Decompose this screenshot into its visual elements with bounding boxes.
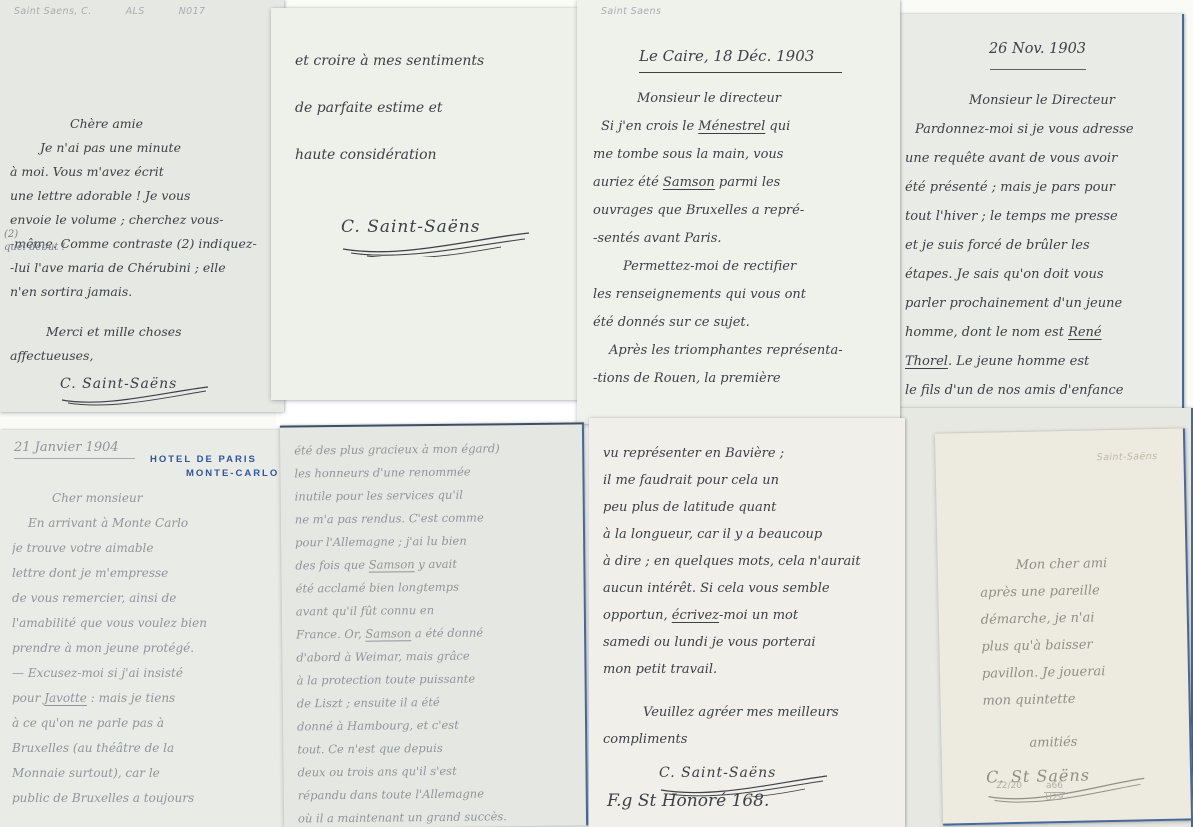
manuscript-line: auriez été Samson parmi les — [593, 169, 900, 197]
manuscript-line: été acclamé bien longtemps — [295, 574, 583, 600]
manuscript-line: mon quintette — [982, 683, 1189, 714]
signature-text: C. Saint-Saëns — [60, 376, 177, 392]
underlined-word: Thorel — [905, 354, 948, 369]
manuscript-line: Monsieur le Directeur — [905, 86, 1182, 115]
manuscript-line: à moi. Vous m'avez écrit — [10, 160, 284, 184]
manuscript-line: Thorel. Le jeune homme est — [905, 347, 1182, 376]
underlined-word: Ménestrel — [698, 119, 765, 134]
manuscript-line: et je suis forcé de brûler les — [905, 231, 1182, 260]
manuscript-line: donné à Hambourg, et c'est — [297, 712, 585, 738]
line-text: France. Or, — [296, 627, 365, 642]
underlined-word: Samson — [663, 175, 715, 190]
manuscript-line: Monnaie surtout), car le — [12, 761, 288, 786]
letterhead-line1: HOTEL DE PARIS — [150, 454, 279, 465]
manuscript-line: mon petit travail. — [603, 656, 905, 683]
manuscript-line: prendre à mon jeune protégé. — [12, 636, 288, 661]
manuscript-line: Monsieur le directeur — [593, 85, 900, 113]
manuscript-line: de vous remercier, ainsi de — [12, 586, 288, 611]
line-text: pour — [12, 691, 44, 705]
shelf-mark-left: 22/20 — [996, 781, 1022, 791]
letter-body: Cher monsieurEn arrivant à Monte Carloje… — [12, 486, 288, 811]
manuscript-line: été donnés sur ce sujet. — [593, 309, 900, 337]
manuscript-line: France. Or, Samson a été donné — [296, 620, 584, 646]
letter-sheet-2: et croire à mes sentimentsde parfaite es… — [271, 8, 589, 400]
manuscript-line: affectueuses, — [10, 344, 284, 368]
manuscript-line: le fils d'un de nos amis d'enfance — [905, 376, 1182, 405]
letter-body: vu représenter en Bavière ;il me faudrai… — [603, 440, 905, 753]
manuscript-line: à la protection toute puissante — [296, 666, 584, 692]
manuscript-line: — Excusez-moi si j'ai insisté — [12, 661, 288, 686]
letter-sheet-5: 21 Janvier 1904 HOTEL DE PARIS MONTE-CAR… — [0, 430, 288, 827]
letter-body: et croire à mes sentimentsde parfaite es… — [295, 38, 589, 179]
date-line: 21 Janvier 1904 — [14, 440, 135, 459]
manuscript-line: En arrivant à Monte Carlo — [12, 511, 288, 536]
manuscript-line: peu plus de latitude quant — [603, 494, 905, 521]
manuscript-line: une lettre adorable ! Je vous — [10, 184, 284, 208]
manuscript-line: été présenté ; mais je pars pour — [905, 173, 1182, 202]
manuscript-line: me tombe sous la main, vous — [593, 141, 900, 169]
catalog-note-name: Saint Saens, C. — [14, 6, 92, 17]
manuscript-line: vu représenter en Bavière ; — [603, 440, 905, 467]
catalog-note: Saint Saens, C. ALS N017 — [14, 6, 206, 17]
line-text: des fois que — [295, 558, 369, 573]
margin-footnote: (2) quel début ! — [4, 228, 66, 254]
manuscript-line: amitiés — [983, 726, 1190, 757]
manuscript-line: Chère amie — [10, 112, 284, 136]
manuscript-line: les renseignements qui vous ont — [593, 281, 900, 309]
manuscript-line: d'abord à Weimar, mais grâce — [296, 643, 584, 669]
manuscript-line: les honneurs d'une renommée — [294, 459, 582, 485]
date-underline — [990, 69, 1086, 70]
manuscript-line: des fois que Samson y avait — [295, 551, 583, 577]
manuscript-line: Mon cher ami — [979, 548, 1186, 579]
manuscript-line: il me faudrait pour cela un — [603, 467, 905, 494]
underlined-word: Samson — [369, 557, 415, 571]
pencil-note: Saint Saens — [601, 6, 661, 17]
underlined-word: Samson — [365, 626, 411, 640]
photograph-of-letters: Saint Saens, C. ALS N017 (2) quel début … — [0, 0, 1193, 827]
line-text: homme, dont le nom est — [905, 325, 1068, 340]
manuscript-line: à ce qu'on ne parle pas à — [12, 711, 288, 736]
manuscript-line: étapes. Je sais qu'on doit vous — [905, 260, 1182, 289]
letter-sheet-6: été des plus gracieux à mon égard)les ho… — [280, 422, 588, 827]
letter-sheet-3: Saint Saens Le Caire, 18 Déc. 1903 Monsi… — [577, 0, 900, 424]
letter-sheet-1: Saint Saens, C. ALS N017 (2) quel début … — [0, 0, 284, 412]
manuscript-line: Cher monsieur — [12, 486, 288, 511]
manuscript-line: compliments — [603, 726, 905, 753]
manuscript-line: où il a maintenant un grand succès. — [298, 804, 586, 827]
line-text: -moi un mot — [719, 608, 798, 623]
line-text: a été donné — [411, 625, 483, 640]
manuscript-line: répandu dans toute l'Allemagne — [298, 781, 586, 807]
margin-footnote-text: quel début ! — [4, 241, 66, 254]
manuscript-line: haute considération — [295, 132, 589, 179]
manuscript-line: à la longueur, car il y a beaucoup — [603, 521, 905, 548]
manuscript-line: de parfaite estime et — [295, 85, 589, 132]
manuscript-line: de Liszt ; ensuite il a été — [297, 689, 585, 715]
letter-body: Mon cher amiaprès une pareilledémarche, … — [979, 548, 1189, 757]
letter-body: été des plus gracieux à mon égard)les ho… — [294, 436, 586, 827]
shelf-mark-bottom: U29 — [1045, 793, 1063, 804]
manuscript-line: parler prochainement d'un jeune — [905, 289, 1182, 318]
signature: C. Saint-Saëns — [341, 217, 589, 257]
manuscript-line: pour Javotte : mais je tiens — [12, 686, 288, 711]
manuscript-line: Pardonnez-moi si je vous adresse — [905, 115, 1182, 144]
line-text: y avait — [415, 557, 457, 571]
manuscript-line: pavillon. Je jouerai — [982, 656, 1189, 687]
manuscript-line: samedi ou lundi je vous porterai — [603, 629, 905, 656]
manuscript-line: avant qu'il fût connu en — [296, 597, 584, 623]
signature-text: C. Saint-Saëns — [659, 765, 776, 781]
address-line: F.g St Honoré 168. — [607, 791, 769, 811]
manuscript-line: Permettez-moi de rectifier — [593, 253, 900, 281]
line-text: opportun, — [603, 608, 672, 623]
signature-text: C. Saint-Saëns — [341, 217, 480, 237]
signature: C. Saint-Saëns — [60, 376, 284, 406]
shelf-mark-fraction: a66 U29 — [1044, 781, 1065, 804]
line-text: Si j'en crois le — [601, 119, 698, 134]
manuscript-line: et croire à mes sentiments — [295, 38, 589, 85]
letterhead-line2: MONTE-CARLO — [150, 468, 279, 479]
catalog-note-format: ALS — [126, 6, 145, 17]
underlined-word: écrivez — [672, 608, 719, 623]
manuscript-line: Veuillez agréer mes meilleurs — [603, 699, 905, 726]
letter-sheet-7: vu représenter en Bavière ;il me faudrai… — [589, 418, 905, 827]
manuscript-line: inutile pour les services qu'il — [295, 482, 583, 508]
letterhead: HOTEL DE PARIS MONTE-CARLO — [150, 454, 279, 479]
manuscript-line: l'amabilité que vous voulez bien — [12, 611, 288, 636]
manuscript-line: ouvrages que Bruxelles a repré- — [593, 197, 900, 225]
line-text: auriez été — [593, 175, 663, 190]
manuscript-line: pour l'Allemagne ; j'ai lu bien — [295, 528, 583, 554]
manuscript-line: été des plus gracieux à mon égard) — [294, 436, 582, 462]
manuscript-line: opportun, écrivez-moi un mot — [603, 602, 905, 629]
shelf-marks: 22/20 a66 U29 — [996, 781, 1065, 804]
manuscript-line: public de Bruxelles a toujours — [12, 786, 288, 811]
shelf-mark-top: a66 — [1044, 781, 1065, 793]
manuscript-line: Si j'en crois le Ménestrel qui — [593, 113, 900, 141]
letter-body: Monsieur le DirecteurPardonnez-moi si je… — [905, 86, 1182, 405]
manuscript-line: n'en sortira jamais. — [10, 280, 284, 304]
manuscript-line: à dire ; en quelques mots, cela n'aurait — [603, 548, 905, 575]
underlined-word: Javotte — [44, 691, 87, 705]
manuscript-line: homme, dont le nom est René — [905, 318, 1182, 347]
manuscript-line: tout l'hiver ; le temps me presse — [905, 202, 1182, 231]
line-text: : mais je tiens — [87, 691, 175, 705]
manuscript-line: -tions de Rouen, la première — [593, 365, 900, 393]
catalog-note-number: N017 — [179, 6, 206, 17]
manuscript-line: deux ou trois ans qu'il s'est — [297, 758, 585, 784]
line-text: parmi les — [715, 175, 781, 190]
manuscript-line: une requête avant de vous avoir — [905, 144, 1182, 173]
date-line: Le Caire, 18 Déc. 1903 — [639, 47, 842, 73]
manuscript-line: tout. Ce n'est que depuis — [297, 735, 585, 761]
manuscript-line: ne m'a pas rendus. C'est comme — [295, 505, 583, 531]
manuscript-line: aucun intérêt. Si cela vous semble — [603, 575, 905, 602]
margin-footnote-marker: (2) — [4, 228, 66, 241]
manuscript-line: lettre dont je m'empresse — [12, 561, 288, 586]
manuscript-line: démarche, je n'ai — [981, 602, 1188, 633]
pencil-note: Saint-Saëns — [1097, 451, 1158, 463]
manuscript-line: Bruxelles (au théâtre de la — [12, 736, 288, 761]
manuscript-line: -sentés avant Paris. — [593, 225, 900, 253]
manuscript-line: Après les triomphantes représenta- — [593, 337, 900, 365]
letter-sheet-8: Saint-Saëns Mon cher amiaprès une pareil… — [935, 428, 1193, 825]
manuscript-line: je trouve votre aimable — [12, 536, 288, 561]
underlined-word: René — [1068, 325, 1102, 340]
manuscript-line: Je n'ai pas une minute — [10, 136, 284, 160]
manuscript-line: Merci et mille choses — [10, 320, 284, 344]
line-text: . Le jeune homme est — [948, 354, 1089, 369]
manuscript-line: -lui l'ave maria de Chérubini ; elle — [10, 256, 284, 280]
letter-sheet-4: 26 Nov. 1903 Monsieur le DirecteurPardon… — [893, 14, 1184, 421]
letter-body: Monsieur le directeurSi j'en crois le Mé… — [593, 85, 900, 393]
manuscript-line: plus qu'à baisser — [981, 629, 1188, 660]
line-text: qui — [765, 119, 790, 134]
manuscript-line: après une pareille — [980, 575, 1187, 606]
date-line: 26 Nov. 1903 — [989, 41, 1086, 57]
